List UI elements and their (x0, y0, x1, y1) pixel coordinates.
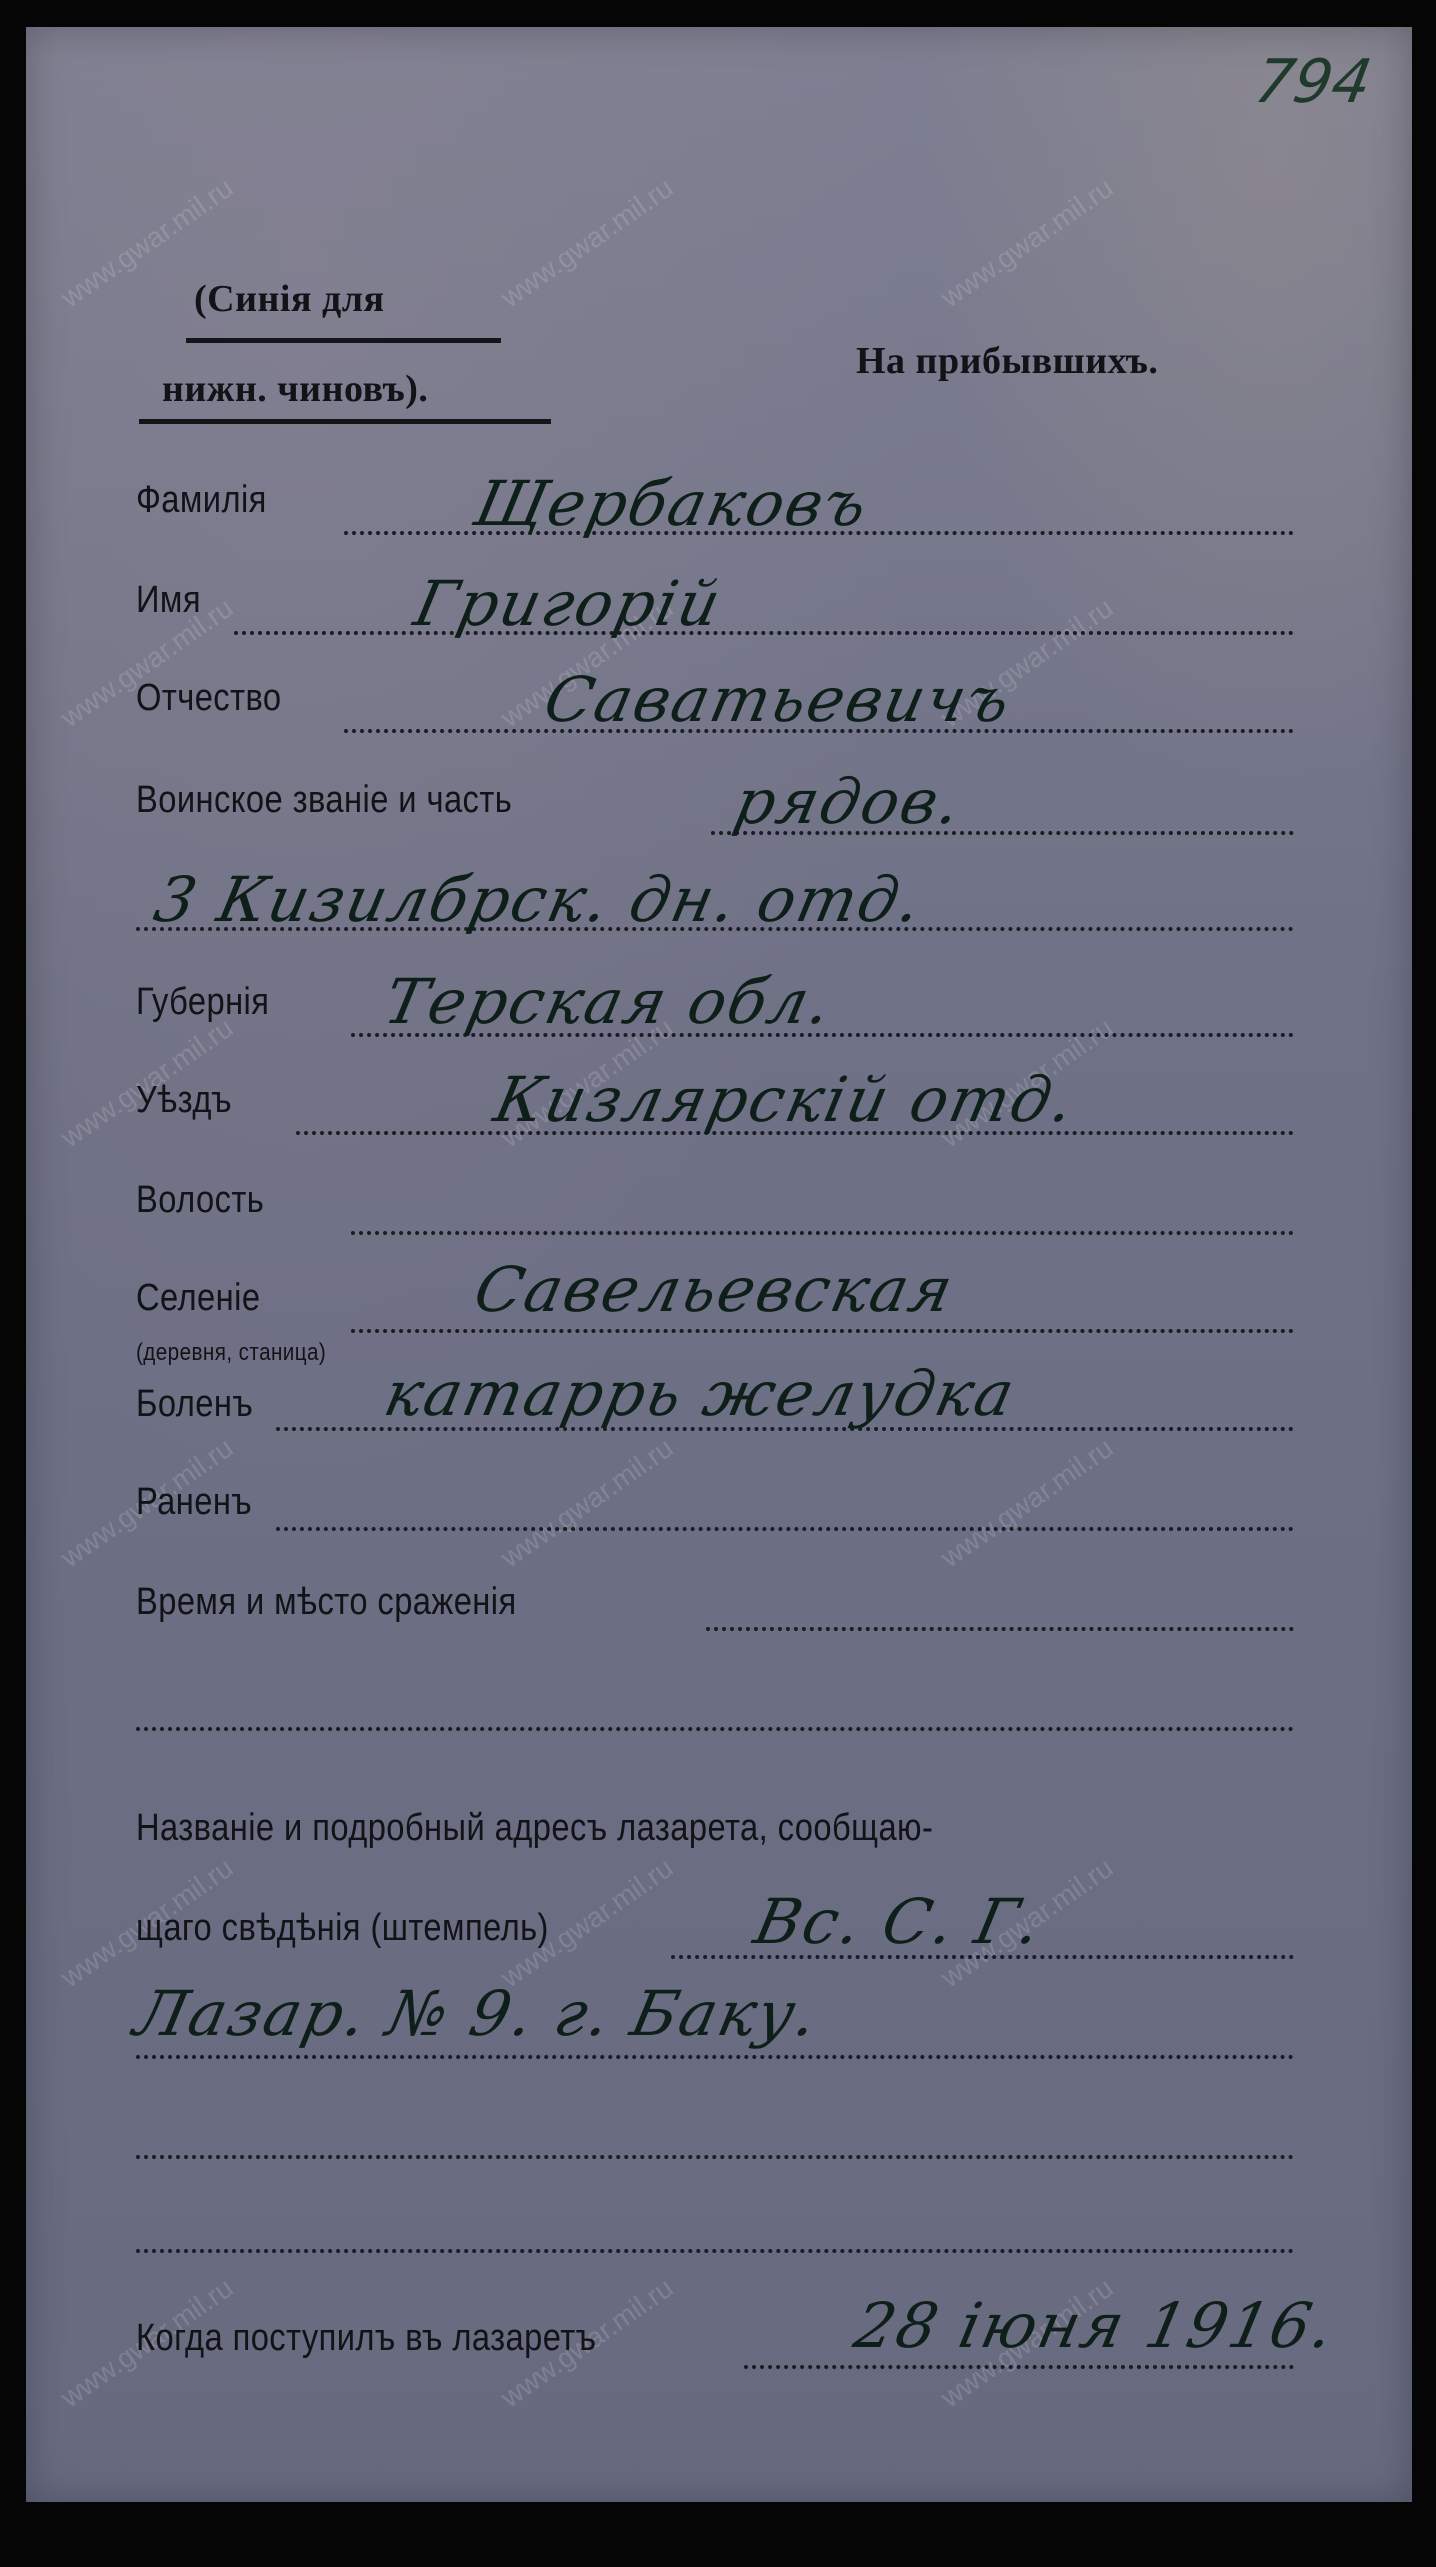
field-label-village: Селеніе (136, 1277, 260, 1320)
field-sublabel-village: (деревня, станица) (136, 1339, 326, 1367)
hospital-label-line2: щаго свѣдѣнія (штемпель) (136, 1907, 549, 1950)
field-value-name: Григорій (408, 567, 728, 640)
watermark: www.gwar.mil.ru (935, 172, 1119, 314)
field-line-wounded (276, 1527, 1294, 1531)
field-label-province: Губернія (136, 981, 269, 1024)
field-line-battle (706, 1627, 1294, 1631)
field-value-province: Терская обл. (378, 965, 839, 1038)
header-underline-2 (139, 419, 551, 424)
field-value-unit: 3 Кизилбрск. дн. отд. (148, 863, 929, 936)
header-left-line2: нижн. чиновъ). (162, 367, 428, 411)
hospital-line-2 (136, 2055, 1294, 2059)
field-label-wounded: Раненъ (136, 1481, 252, 1524)
field-value-ill: катаррь желудка (378, 1357, 1022, 1430)
field-label-rank-unit: Воинское званіе и часть (136, 779, 512, 822)
header-underline-1 (186, 338, 501, 343)
field-label-patronymic: Отчество (136, 677, 282, 720)
field-value-surname: Щербаковъ (468, 467, 875, 540)
field-line-village (351, 1329, 1294, 1333)
watermark: www.gwar.mil.ru (935, 1432, 1119, 1574)
registration-card: www.gwar.mil.ru www.gwar.mil.ru www.gwar… (26, 27, 1412, 2502)
hospital-line-3 (136, 2155, 1294, 2159)
archive-number: 794 (1250, 47, 1377, 117)
header-left-line1: (Синія для (194, 277, 385, 321)
admission-value: 28 іюня 1916. (848, 2289, 1342, 2362)
hospital-label-line1: Названіе и подробный адресъ лазарета, со… (136, 1807, 933, 1850)
hospital-line-4 (136, 2249, 1294, 2253)
field-value-village: Савельевская (468, 1253, 960, 1326)
field-value-patronymic: Саватьевичъ (538, 663, 1018, 736)
field-line-battle-continuation (136, 1727, 1294, 1731)
field-label-battle: Время и мѣсто сраженія (136, 1581, 517, 1624)
admission-line (744, 2365, 1294, 2369)
hospital-value-line2: Лазар. № 9. г. Баку. (128, 1977, 825, 2050)
admission-label: Когда поступилъ въ лазаретъ (136, 2317, 596, 2360)
field-label-ill: Боленъ (136, 1383, 253, 1426)
field-value-rank: рядов. (728, 765, 969, 838)
field-label-surname: Фамилія (136, 479, 267, 522)
field-label-district: Уѣздъ (136, 1079, 232, 1122)
field-line-name (234, 631, 1294, 635)
header-right: На прибывшихъ. (856, 339, 1158, 383)
field-label-name: Имя (136, 579, 201, 622)
watermark: www.gwar.mil.ru (495, 1432, 679, 1574)
hospital-value-line1: Вс. С. Г. (748, 1885, 1049, 1958)
field-value-district: Кизлярскій отд. (488, 1063, 1082, 1136)
field-label-volost: Волость (136, 1179, 264, 1222)
watermark: www.gwar.mil.ru (495, 172, 679, 314)
field-line-volost (351, 1231, 1294, 1235)
